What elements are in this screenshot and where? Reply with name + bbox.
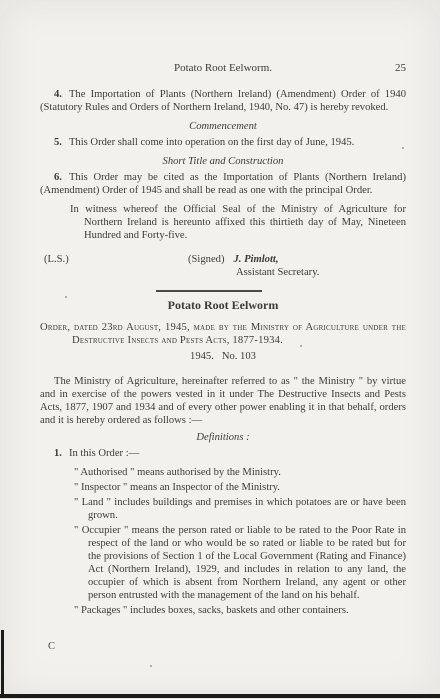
definition-occupier: " Occupier " means the person rated or l… <box>74 524 406 602</box>
clause-5-number: 5. <box>54 137 62 148</box>
clause-4-number: 4. <box>54 89 62 100</box>
definition-packages: " Packages " includes boxes, sacks, bask… <box>74 604 406 617</box>
signed-label: (Signed) <box>188 254 224 265</box>
clause-4: 4.The Importation of Plants (Northern Ir… <box>40 88 406 114</box>
seal-mark: (L.S.) <box>44 253 69 266</box>
signature-block: (L.S.) (Signed)J. Pimlott, Assistant Sec… <box>40 253 406 280</box>
running-header-title: Potato Root Eelworm. <box>174 62 272 74</box>
clause-5-text: This Order shall come into operation on … <box>69 137 354 148</box>
order-title: Potato Root Eelworm <box>40 299 406 312</box>
short-title-heading: Short Title and Construction <box>40 155 406 168</box>
definition-inspector: " Inspector " means an Inspector of the … <box>74 481 406 494</box>
clause-4-text: The Importation of Plants (Northern Irel… <box>40 89 406 113</box>
order-caption: Order, dated 23rd August, 1945, made by … <box>40 321 406 347</box>
running-header: Potato Root Eelworm. 25 <box>40 62 406 75</box>
preamble-paragraph: The Ministry of Agriculture, hereinafter… <box>40 375 406 427</box>
signatory-role: Assistant Secretary. <box>236 266 319 279</box>
signatory-name: J. Pimlott, <box>233 254 278 265</box>
page-number: 25 <box>395 62 406 75</box>
clause-6: 6.This Order may be cited as the Importa… <box>40 171 406 197</box>
definitions-heading: Definitions : <box>40 431 406 444</box>
definition-authorised: " Authorised " means authorised by the M… <box>74 466 406 479</box>
commencement-heading: Commencement <box>40 120 406 133</box>
scan-speckle <box>300 345 302 347</box>
scanned-document-page: Potato Root Eelworm. 25 4.The Importatio… <box>0 0 440 699</box>
section-divider-rule <box>156 290 262 292</box>
clause-6-number: 6. <box>54 172 62 183</box>
scan-edge-bottom <box>0 694 440 698</box>
clause-1-text: In this Order :— <box>69 448 139 459</box>
signature-line: (Signed)J. Pimlott, <box>188 253 279 266</box>
order-number-line: 1945. No. 103 <box>40 350 406 363</box>
page-content: Potato Root Eelworm. 25 4.The Importatio… <box>40 62 406 619</box>
witness-clause: In witness whereof the Official Seal of … <box>70 203 406 242</box>
clause-6-text: This Order may be cited as the Importati… <box>40 172 406 196</box>
scan-speckle <box>402 147 404 149</box>
clause-1-number: 1. <box>54 448 62 459</box>
scan-speckle <box>150 665 152 667</box>
printers-signature-mark: C <box>48 641 55 652</box>
clause-1: 1.In this Order :— <box>40 447 406 460</box>
scan-edge-left <box>1 630 4 698</box>
clause-5: 5.This Order shall come into operation o… <box>40 136 406 149</box>
definition-land: " Land " includes buildings and premises… <box>74 496 406 522</box>
scan-speckle <box>65 296 67 298</box>
